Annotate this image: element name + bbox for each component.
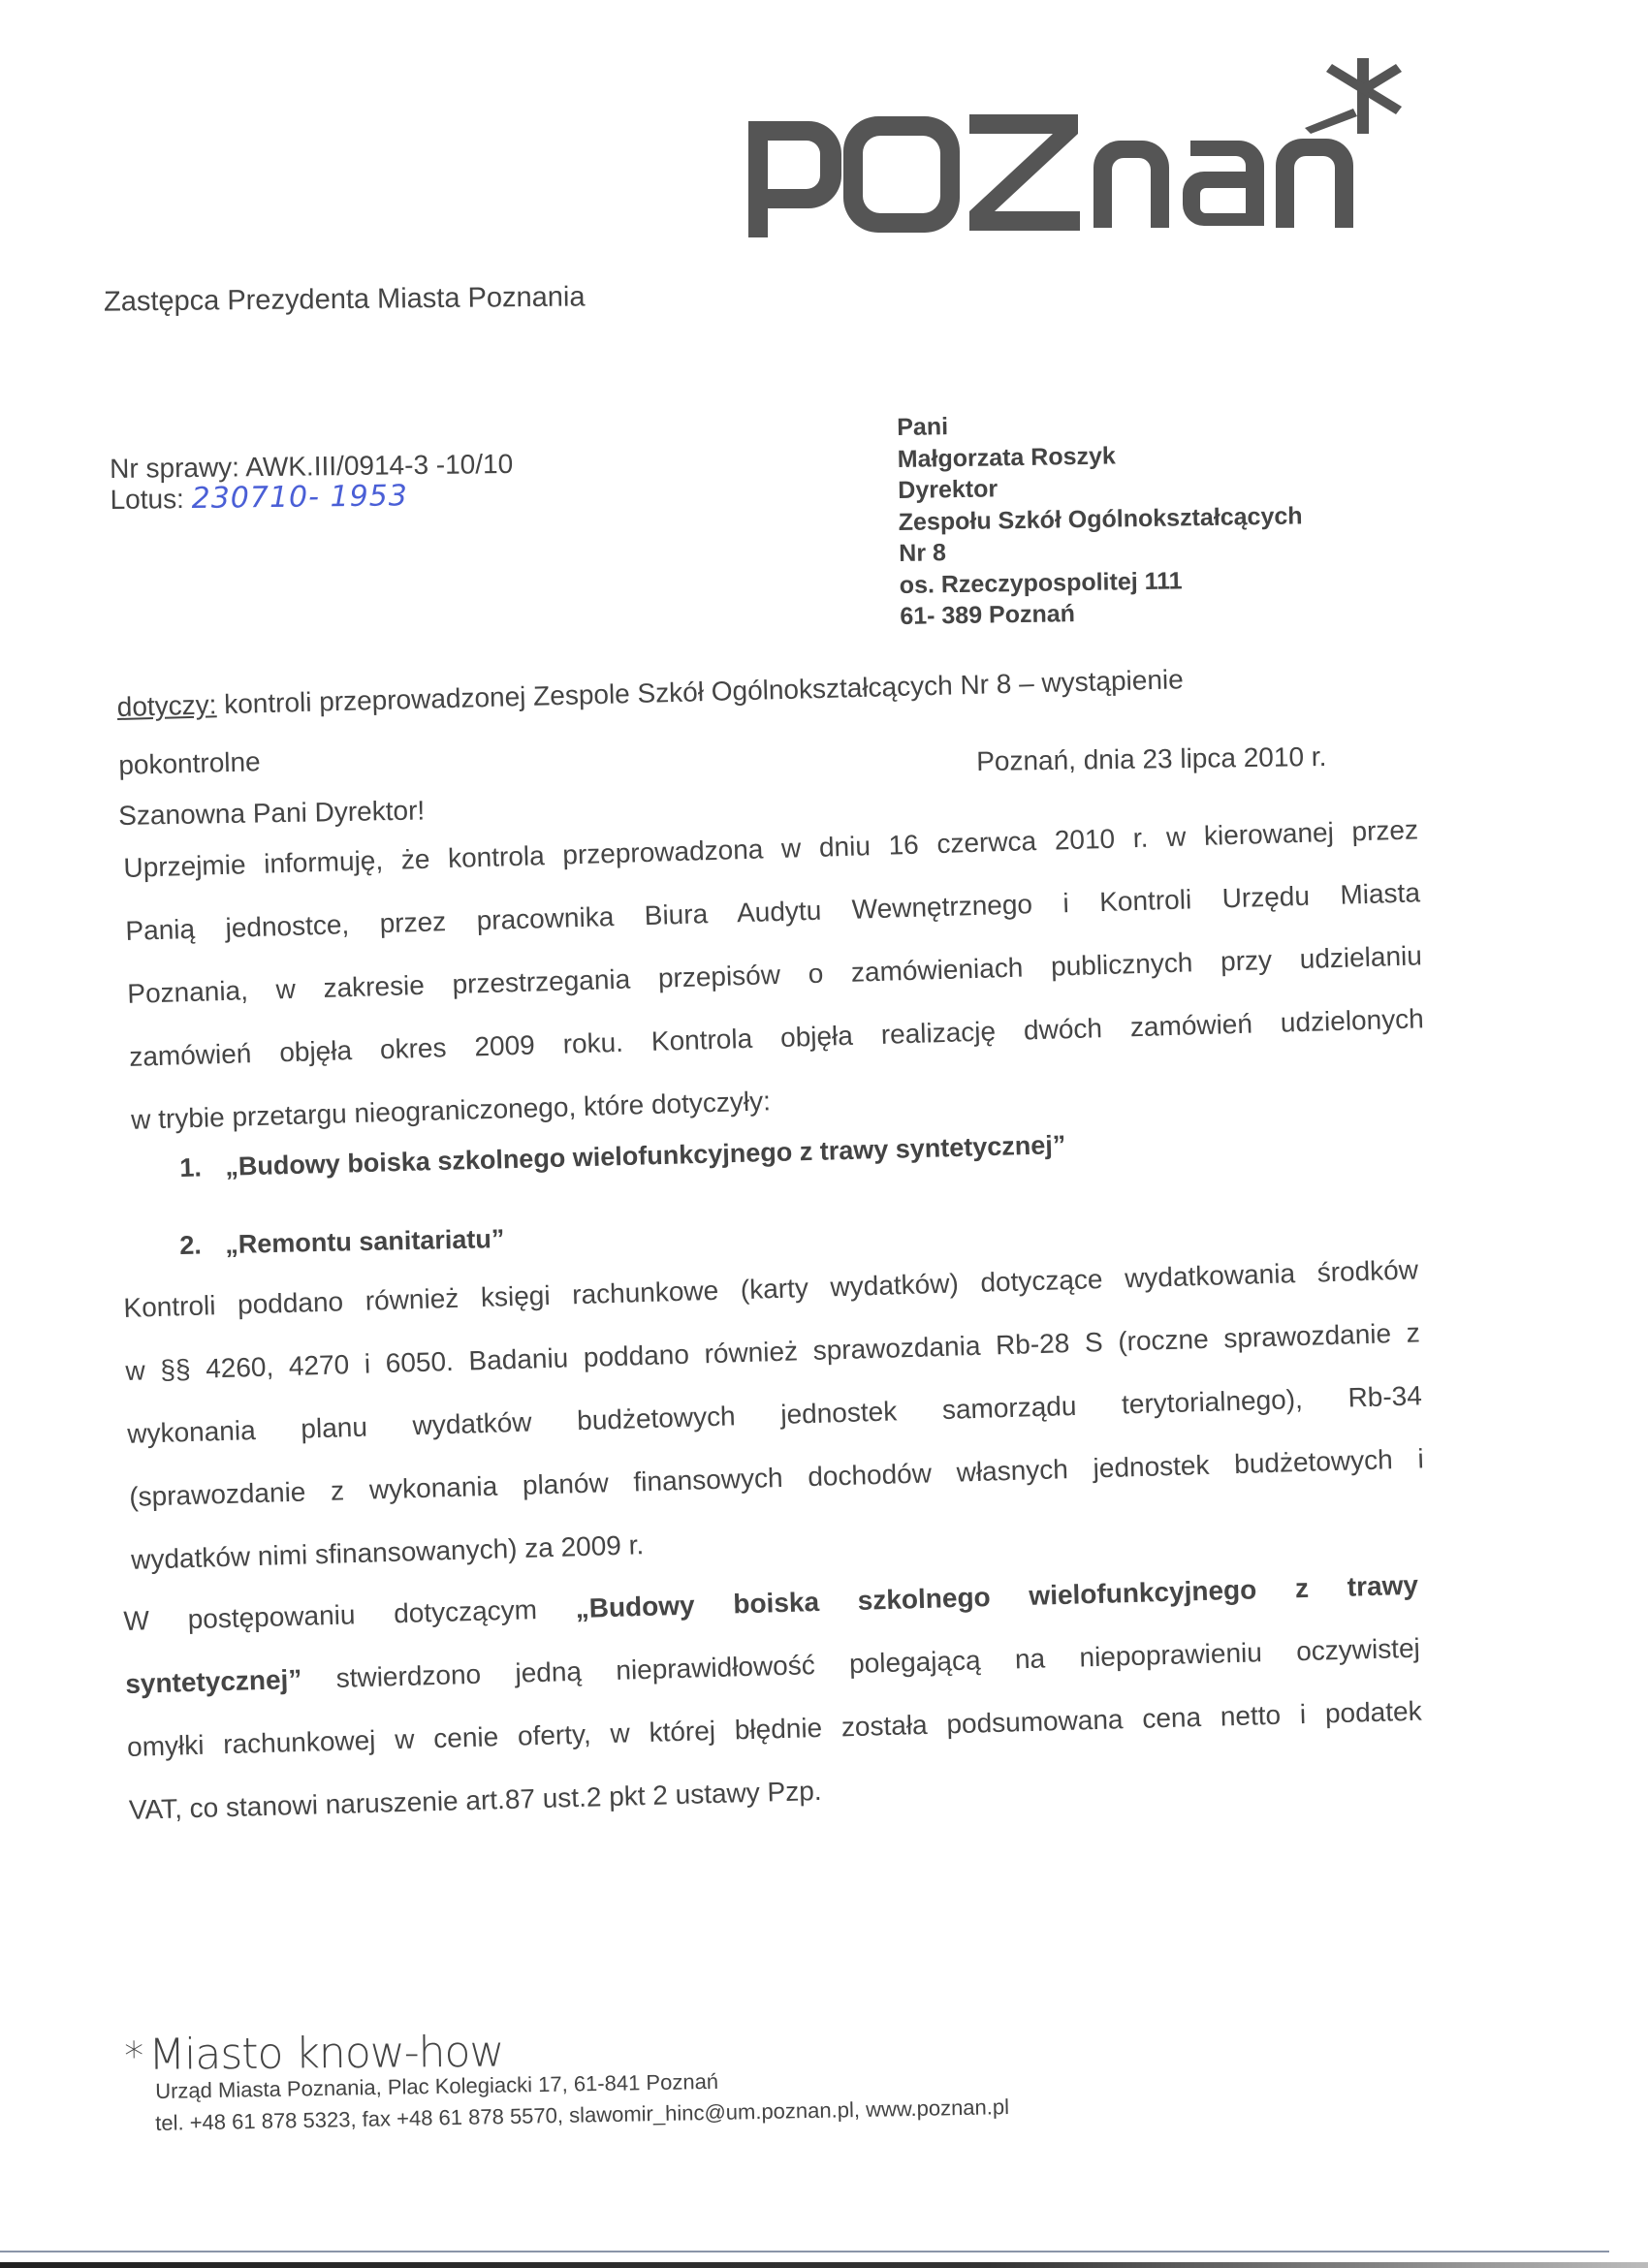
- subject-text: kontroli przeprowadzonej Zespole Szkół O…: [216, 664, 1184, 719]
- letter-date: Poznań, dnia 23 lipca 2010 r.: [976, 741, 1327, 777]
- scan-edge-band: [0, 2262, 1648, 2268]
- asterisk-icon: *: [124, 2034, 143, 2079]
- reference-block: Nr sprawy: AWK.III/0914-3 -10/10 Lotus: …: [110, 449, 514, 516]
- greeting: Szanowna Pani Dyrektor!: [118, 795, 425, 832]
- lotus-line: Lotus: 230710- 1953: [110, 480, 513, 516]
- brand-slogan: Miasto know-how: [148, 2028, 504, 2080]
- list-text: „Remontu sanitariatu”: [225, 1224, 505, 1259]
- case-number-line: Nr sprawy: AWK.III/0914-3 -10/10: [110, 449, 513, 485]
- list-number: 2.: [179, 1230, 226, 1261]
- case-number-label: Nr sprawy:: [110, 452, 239, 484]
- paragraph-intro: Uprzejmie informuję, że kontrola przepro…: [123, 812, 1427, 1165]
- scan-edge-line: [0, 2251, 1609, 2252]
- paragraph-accounts: Kontrolipoddanorównieżksięgirachunkowe(k…: [123, 1252, 1427, 1605]
- list-item: 2.„Remontu sanitariatu”: [179, 1224, 505, 1261]
- lotus-label: Lotus:: [110, 484, 184, 515]
- sender-title: Zastępca Prezydenta Miasta Poznania: [104, 281, 586, 318]
- recipient-line: 61- 389 Poznań: [900, 594, 1304, 632]
- recipient-address: Pani Małgorzata Roszyk Dyrektor Zespołu …: [897, 405, 1304, 632]
- recipient-line: Zespołu Szkół Ogólnokształcących: [899, 500, 1303, 538]
- case-number: AWK.III/0914-3 -10/10: [245, 449, 513, 482]
- paragraph-findings: Wpostępowaniudotyczącym„Budowyboiskaszko…: [123, 1568, 1425, 1856]
- lotus-handwritten-number: 230710- 1953: [191, 479, 408, 516]
- list-number: 1.: [179, 1152, 226, 1183]
- subject-label: dotyczy:: [116, 689, 216, 722]
- footer-brand: *Miasto know-how: [124, 2028, 504, 2080]
- poznan-logo: [742, 48, 1420, 252]
